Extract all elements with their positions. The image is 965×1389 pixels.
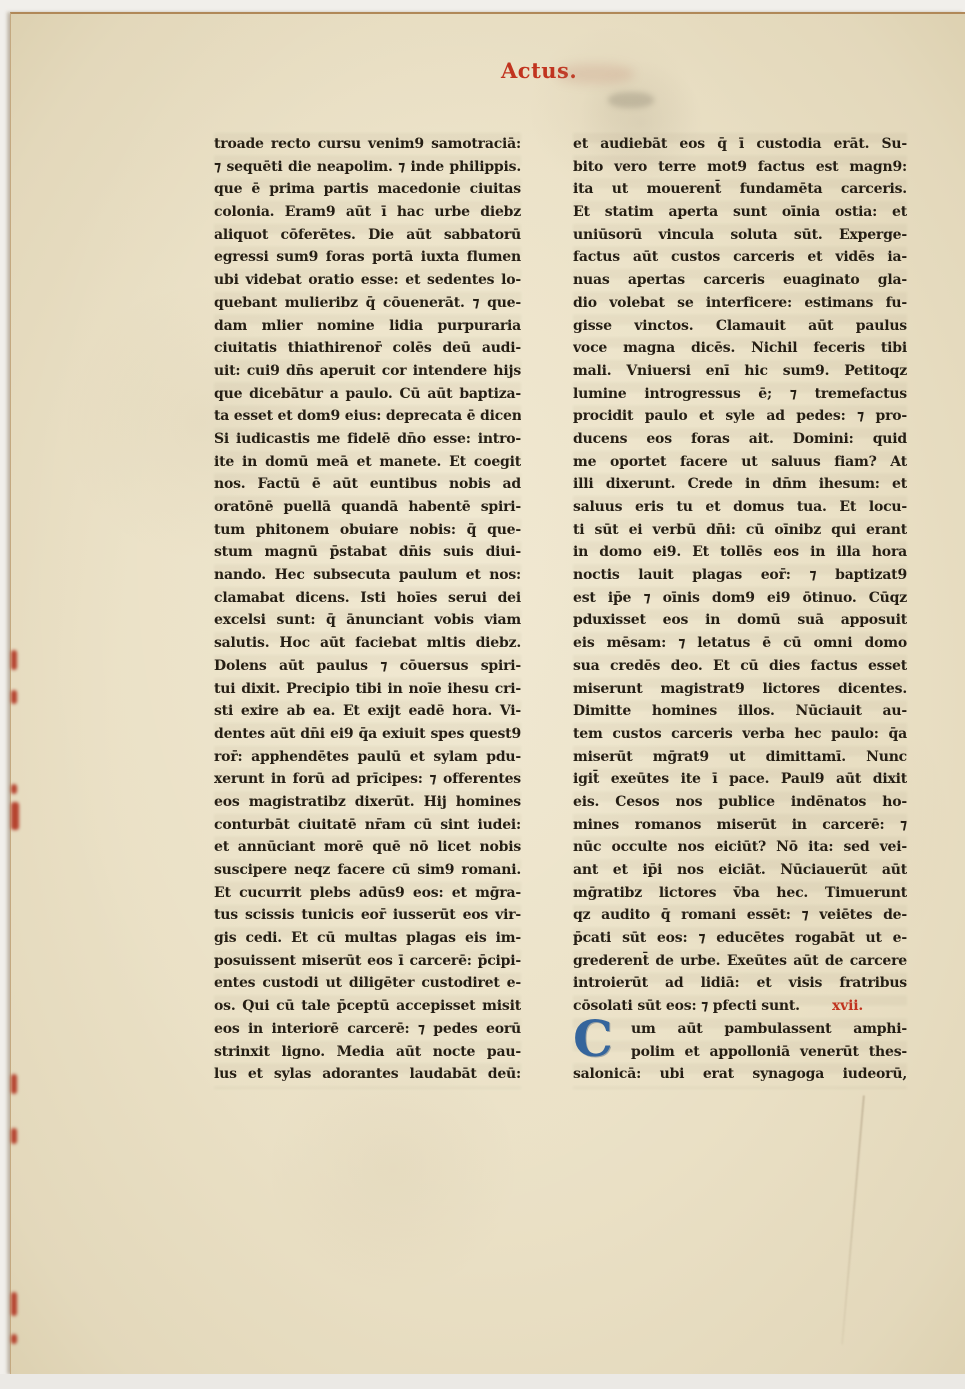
- text-line: nuas apertas carceris euaginato gla-: [573, 269, 907, 292]
- text-line: entes custodi ut diligēter custodiret e-: [214, 972, 521, 995]
- text-line: ite in domū meā et manete. Et coegit: [214, 451, 521, 474]
- text-line: miserunt magistrat9 lictores dicentes.: [573, 678, 907, 701]
- column-lines: et audiebāt eos q̄ ī custodia erāt. Su-b…: [573, 133, 907, 995]
- text-line: dam mlier nomine lidia purpuraria: [214, 315, 521, 338]
- edge-stain: [11, 802, 19, 830]
- text-line: um aūt pambulassent amphi-: [631, 1018, 907, 1041]
- text-line: dentes aūt dn̄i ei9 q̄a exiuit spes ques…: [214, 723, 521, 746]
- text-line: nūc occulte nos eiciūt? Nō ita: sed vei-: [573, 836, 907, 859]
- illuminated-initial-C: C: [573, 1018, 631, 1063]
- text-line: qz audito q̄ romani essēt: ⁊ veiētes de-: [573, 904, 907, 927]
- edge-stain: [11, 690, 17, 704]
- text-line: et audiebāt eos q̄ ī custodia erāt. Su-: [573, 133, 907, 156]
- text-line: uit: cui9 dn̄s aperuit cor intendere hij…: [214, 360, 521, 383]
- text-line: lus et sylas adorantes laudabāt deū:: [214, 1063, 521, 1086]
- text-line: conturbāt ciuitatē nr̄am cū sint iudei:: [214, 814, 521, 837]
- text-line: Et cucurrit plebs adūs9 eos: et mḡra-: [214, 882, 521, 905]
- edge-stain: [11, 784, 17, 794]
- edge-stain: [11, 650, 17, 670]
- text-line: clamabat dicens. Isti hoīes serui dei: [214, 587, 521, 610]
- text-line: ducens eos foras ait. Domini: quid: [573, 428, 907, 451]
- text-line: ta esset et dom9 eius: deprecata ē dicen…: [214, 405, 521, 428]
- text-line: que dicebātur a paulo. Cū aūt baptiza-: [214, 383, 521, 406]
- text-line: mḡratibz lictores v̄ba hec. Timuerunt: [573, 882, 907, 905]
- text-line: troade recto cursu venim9 samotraciā:: [214, 133, 521, 156]
- text-line: et annūciant morē quē nō licet nobis: [214, 836, 521, 859]
- text-line: tus scissis tunicis eor̄ iusserūt eos vi…: [214, 904, 521, 927]
- text-line: strinxit ligno. Media aūt nocte pau-: [214, 1041, 521, 1064]
- text-line: ti sūt ei verbū dn̄i: cū oīnibz qui eran…: [573, 519, 907, 542]
- text-line: voce magna dicēs. Nichil feceris tibi: [573, 337, 907, 360]
- text-line: eos magistratibz dixerūt. Hij homines: [214, 791, 521, 814]
- text-line: uniūsorū vincula soluta sūt. Experge-: [573, 224, 907, 247]
- column-lines: troade recto cursu venim9 samotraciā:⁊ s…: [214, 133, 521, 1086]
- text-line: nos. Factū ē aūt euntibus nobis ad: [214, 473, 521, 496]
- text-line: miserūt mḡrat9 ut dimittamī. Nunc: [573, 746, 907, 769]
- text-line: colonia. Eram9 aūt ī hac urbe diebz: [214, 201, 521, 224]
- edge-stain: [11, 1292, 17, 1316]
- text-line: eos in interiorē carcerē: ⁊ pedes eorū: [214, 1018, 521, 1041]
- text-line: salonicā: ubi erat synagoga iudeorū,: [573, 1063, 907, 1086]
- text-line: eis. Cesos nos publice indēnatos ho-: [573, 791, 907, 814]
- text-line: grederent̄ de urbe. Exeūtes aūt de carce…: [573, 950, 907, 973]
- text-column-left: troade recto cursu venim9 samotraciā:⁊ s…: [214, 133, 521, 1086]
- text-line: sti exire ab ea. Et exijt eadē hora. Vi-: [214, 700, 521, 723]
- text-line: que ē prima partis macedonie ciuitas: [214, 178, 521, 201]
- text-line: Si iudicastis me fidelē dn̄o esse: intro…: [214, 428, 521, 451]
- text-line: mines romanos miserūt in carcerē: ⁊: [573, 814, 907, 837]
- edge-stain: [11, 1074, 17, 1094]
- text-column-right: et audiebāt eos q̄ ī custodia erāt. Su-b…: [573, 133, 907, 1086]
- text-line: pduxisset eos in domū suā apposuit: [573, 609, 907, 632]
- text-line: factus aūt custos carceris et vidēs ia-: [573, 246, 907, 269]
- text-line: eis mēsam: ⁊ letatus ē cū omni domo: [573, 632, 907, 655]
- text-line: salutis. Hoc aūt faciebat mltis diebz.: [214, 632, 521, 655]
- text-line: mali. Vniuersi enī hic sum9. Petitoqz: [573, 360, 907, 383]
- text-line: tum phitonem obuiare nobis: q̄ que-: [214, 519, 521, 542]
- edge-stain: [11, 1334, 17, 1344]
- text-line: ubi videbat oratio esse: et sedentes lo-: [214, 269, 521, 292]
- text-line: xerunt in forū ad prīcipes: ⁊ offerentes: [214, 768, 521, 791]
- text-line: stum magnū p̄stabat dn̄is suis diui-: [214, 541, 521, 564]
- text-line: quebant mulieribz q̄ cōuenerāt. ⁊ que-: [214, 292, 521, 315]
- text-line: ciuitatis thiathirenor̄ colēs deū audi-: [214, 337, 521, 360]
- text-line: Dolens aūt paulus ⁊ cōuersus spiri-: [214, 655, 521, 678]
- text-line: noctis lauit plagas eor̄: ⁊ baptizat9: [573, 564, 907, 587]
- text-line: gisse vinctos. Clamauit aūt paulus: [573, 315, 907, 338]
- text-line: procidit paulo et syle ad pedes: ⁊ pro-: [573, 405, 907, 428]
- text-line: Dimitte homines illos. Nūciauit au-: [573, 700, 907, 723]
- header-ink-ghost: [556, 64, 634, 84]
- text-line: oratōnē puellā quandā habentē spiri-: [214, 496, 521, 519]
- text-line: suscipere neqz facere cū sim9 romani.: [214, 859, 521, 882]
- edge-stain: [11, 1128, 17, 1144]
- text-line: me oportet facere ut saluus fiam? At: [573, 451, 907, 474]
- text-line: Et statim aperta sunt oīnia ostia: et: [573, 201, 907, 224]
- text-line: igit̄ exeūtes ite ī pace. Paul9 aūt dixi…: [573, 768, 907, 791]
- text-line: est ip̄e ⁊ oīnis dom9 ei9 ōtinuo. Cūqz: [573, 587, 907, 610]
- text-line: saluus eris tu et domus tua. Et locu-: [573, 496, 907, 519]
- text-line: os. Qui cū tale p̄ceptū accepisset misit: [214, 995, 521, 1018]
- text-line: egressi sum9 foras portā iuxta flumen: [214, 246, 521, 269]
- text-line: gis cedi. Et cū multas plagas eis im-: [214, 927, 521, 950]
- text-line: p̄cati sūt eos: ⁊ educētes rogabāt ut e-: [573, 927, 907, 950]
- text-line: posuissent miserūt eos ī carcerē: p̄cipi…: [214, 950, 521, 973]
- text-line: dio volebat se interficere: estimans fu-: [573, 292, 907, 315]
- text-line: nando. Hec subsecuta paulum et nos:: [214, 564, 521, 587]
- text-line: lumine introgressus ē; ⁊ tremefactus: [573, 383, 907, 406]
- text-line: tem custos carceris verba hec paulo: q̄a: [573, 723, 907, 746]
- text-line: ita ut mouerent̄ fundamēta carceris.: [573, 178, 907, 201]
- text-line: ror̄: apphendētes paulū et sylam pdu-: [214, 746, 521, 769]
- text-line: aliquot cōferētes. Die aūt sabbatorū: [214, 224, 521, 247]
- text-line: illi dixerunt. Crede in dn̄m ihesum: et: [573, 473, 907, 496]
- chapter-number-rubric: xvii.: [832, 995, 863, 1018]
- text-line-with-chapter-number: cōsolati sūt eos: ⁊ pfecti sunt. xvii.: [573, 995, 907, 1018]
- text-line: sua credēs deo. Et cū dies factus esset: [573, 655, 907, 678]
- scanner-backing: [0, 1374, 965, 1389]
- text-line: excelsi sunt: q̄ ānunciant vobis viam: [214, 609, 521, 632]
- text-line: introierūt ad lidiā: et visis fratribus: [573, 972, 907, 995]
- text-line: in domo ei9. Et tollēs eos in illa hora: [573, 541, 907, 564]
- chapter-opening: C um aūt pambulassent amphi-polim et app…: [573, 1018, 907, 1086]
- smudge-mark: [608, 92, 654, 108]
- text-line: ⁊ sequēti die neapolim. ⁊ inde philippis…: [214, 156, 521, 179]
- text-line: ant et ip̄i nos eiciāt. Nūciauerūt aūt: [573, 859, 907, 882]
- text-line: bito vero terre mot9 factus est magn9:: [573, 156, 907, 179]
- text-line: polim et appolloniā venerūt thes-: [631, 1041, 907, 1064]
- text-line: tui dixit. Precipio tibi in noīe ihesu c…: [214, 678, 521, 701]
